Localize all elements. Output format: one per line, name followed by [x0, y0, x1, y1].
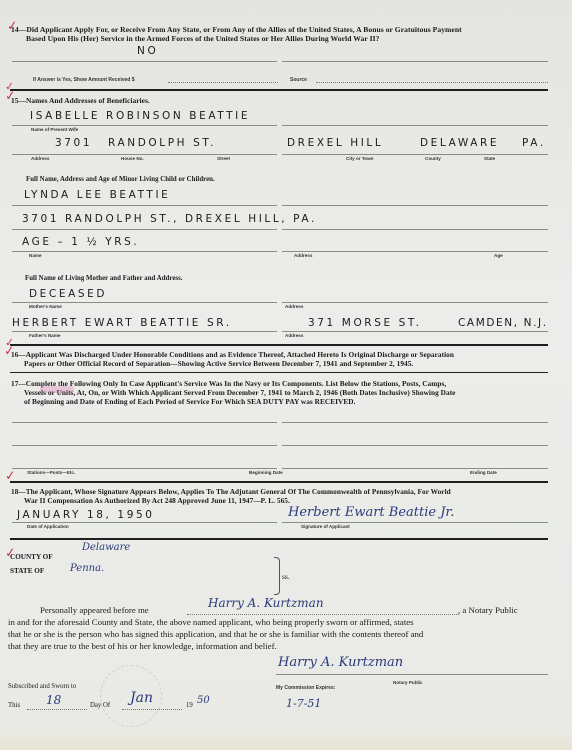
question-18: 18—The Applicant, Whose Signature Appear… [11, 487, 563, 505]
commission-expires-value[interactable]: 1-7-51 [286, 697, 321, 710]
state-of-label: STATE OF [10, 567, 44, 575]
question-16: 16—Applicant Was Discharged Under Honora… [11, 350, 563, 368]
wife-county-value[interactable]: DELAWARE [420, 137, 499, 149]
sea-duty-line-3-right[interactable] [282, 468, 548, 469]
wife-name-label: Name of Present Wife [31, 127, 78, 132]
question-15-heading: 15—Names And Addresses of Beneficiaries. [11, 96, 150, 105]
subscribed-label: Subscribed and Sworn to [8, 683, 76, 690]
notary-name-value[interactable]: Harry A. Kurtzman [208, 596, 324, 610]
amount-received-label: If Answer is Yes, Show Amount Received $ [33, 77, 135, 83]
source-label: Source [290, 77, 307, 83]
date-of-application-label: Date of Application [27, 524, 69, 529]
wife-city-value[interactable]: DREXEL HILL [287, 137, 383, 149]
section-divider [10, 344, 548, 346]
city-label: City or Town [346, 156, 373, 161]
state-value[interactable]: Penna. [70, 563, 104, 574]
parents-heading: Full Name of Living Mother and Father an… [25, 274, 183, 283]
date-line [12, 522, 277, 523]
sea-duty-line-2-right[interactable] [282, 445, 548, 446]
section-divider [10, 538, 548, 540]
section-divider [10, 89, 548, 91]
child-name-label: Name [29, 253, 42, 258]
child-address-value[interactable]: 3701 RANDOLPH ST., DREXEL HILL, PA. [22, 213, 317, 225]
notary-body-line-1: in and for the aforesaid County and Stat… [8, 616, 414, 628]
child-age-value[interactable]: AGE – 1 ½ YRS. [22, 236, 139, 248]
notary-name-line [187, 614, 459, 615]
sea-duty-line-3[interactable] [12, 468, 277, 469]
child-line-1 [12, 205, 277, 206]
wife-name-line-right [282, 125, 548, 126]
signature-line [282, 522, 548, 523]
question-text-cont: Based Upon His (Her) Service in the Arme… [11, 34, 563, 43]
section-divider [10, 481, 548, 483]
answer-line-right [282, 61, 548, 62]
father-line [12, 331, 277, 332]
mother-line-right [282, 302, 548, 303]
state-label: State [484, 156, 495, 161]
wife-house-no-value[interactable]: 3701 [55, 137, 92, 149]
question-14: 14—Did Applicant Apply For, or Receive F… [11, 25, 563, 43]
wife-state-value[interactable]: PA. [522, 137, 546, 149]
day-line [27, 709, 87, 710]
mother-name-label: Mother's Name [29, 304, 62, 309]
child-name-value[interactable]: LYNDA LEE BEATTIE [24, 189, 170, 201]
this-label: This [8, 702, 20, 709]
compensation-application-page: ✓ 14—Did Applicant Apply For, or Receive… [0, 0, 572, 750]
notary-body-line-3: that they are true to the best of his or… [8, 640, 277, 652]
section-divider [10, 372, 548, 373]
sea-duty-line-2[interactable] [12, 445, 277, 446]
question-17: 17—Complete the Following Only In Case A… [11, 379, 563, 406]
question-text: —Did Applicant Apply For, or Receive Fro… [19, 25, 462, 34]
stations-label: Stations—Posts—Etc. [27, 470, 75, 475]
beginning-date-label: Beginning Date [249, 470, 283, 475]
amount-received-field[interactable] [168, 82, 278, 83]
notary-signature-line [276, 674, 548, 675]
child-line-3 [12, 251, 277, 252]
street-label: Street [217, 156, 230, 161]
notary-public-label: Notary Public [393, 680, 423, 685]
applicant-signature[interactable]: Herbert Ewart Beattie Jr. [288, 505, 454, 520]
year-value[interactable]: 50 [197, 695, 210, 706]
mother-name-value[interactable]: DECEASED [29, 288, 107, 300]
county-value[interactable]: Delaware [82, 542, 130, 553]
source-field[interactable] [316, 82, 548, 83]
appeared-suffix: , a Notary Public [458, 604, 518, 616]
page-bottom-shade [0, 728, 572, 750]
ending-date-label: Ending Date [470, 470, 497, 475]
father-city-value[interactable]: CAMDEN, N.J. [458, 317, 548, 329]
father-name-value[interactable]: HERBERT EWART BEATTIE SR. [12, 317, 232, 329]
mother-line [12, 302, 277, 303]
child-line-3-right [282, 251, 548, 252]
notary-body-line-2: that he or she is the person who has sig… [8, 628, 423, 640]
wife-name-value[interactable]: ISABELLE ROBINSON BEATTIE [30, 110, 250, 122]
answer-line-left [12, 61, 277, 62]
father-line-right [282, 331, 548, 332]
children-heading: Full Name, Address and Age of Minor Livi… [26, 175, 215, 184]
application-date-value[interactable]: JANUARY 18, 1950 [17, 509, 155, 521]
day-value[interactable]: 18 [46, 693, 61, 707]
child-line-2 [12, 229, 277, 230]
notary-signature[interactable]: Harry A. Kurtzman [278, 655, 403, 670]
father-address-label: Address [285, 333, 303, 338]
wife-name-line [12, 125, 277, 126]
child-line-1-right [282, 205, 548, 206]
pink-stamp-mark [40, 386, 74, 393]
father-address-value[interactable]: 371 MORSE ST. [308, 317, 422, 329]
appeared-prefix: Personally appeared before me [40, 604, 149, 616]
child-line-2-right [282, 229, 548, 230]
signature-of-applicant-label: Signature of Applicant [301, 524, 350, 529]
ss-bracket [274, 557, 280, 595]
bonus-answer-value[interactable]: NO [137, 45, 158, 57]
wife-address-line [12, 154, 277, 155]
ss-label: ss. [282, 572, 290, 581]
address-label: Address [31, 156, 49, 161]
year-prefix: 19 [186, 702, 193, 709]
father-name-label: Father's Name [29, 333, 60, 338]
county-label: County [425, 156, 441, 161]
wife-address-line-right [282, 154, 548, 155]
mother-address-label: Address [285, 304, 303, 309]
wife-street-value[interactable]: RANDOLPH ST. [108, 137, 216, 149]
county-of-label: COUNTY OF [10, 553, 53, 561]
sea-duty-line-1[interactable] [12, 422, 277, 423]
commission-expires-label: My Commission Expires: [276, 685, 335, 691]
sea-duty-line-1-right[interactable] [282, 422, 548, 423]
child-age-label: Age [494, 253, 503, 258]
notary-seal-embossed [100, 665, 162, 727]
child-address-label: Address [294, 253, 312, 258]
house-no-label: House No. [121, 156, 144, 161]
question-number: 14 [11, 25, 19, 34]
